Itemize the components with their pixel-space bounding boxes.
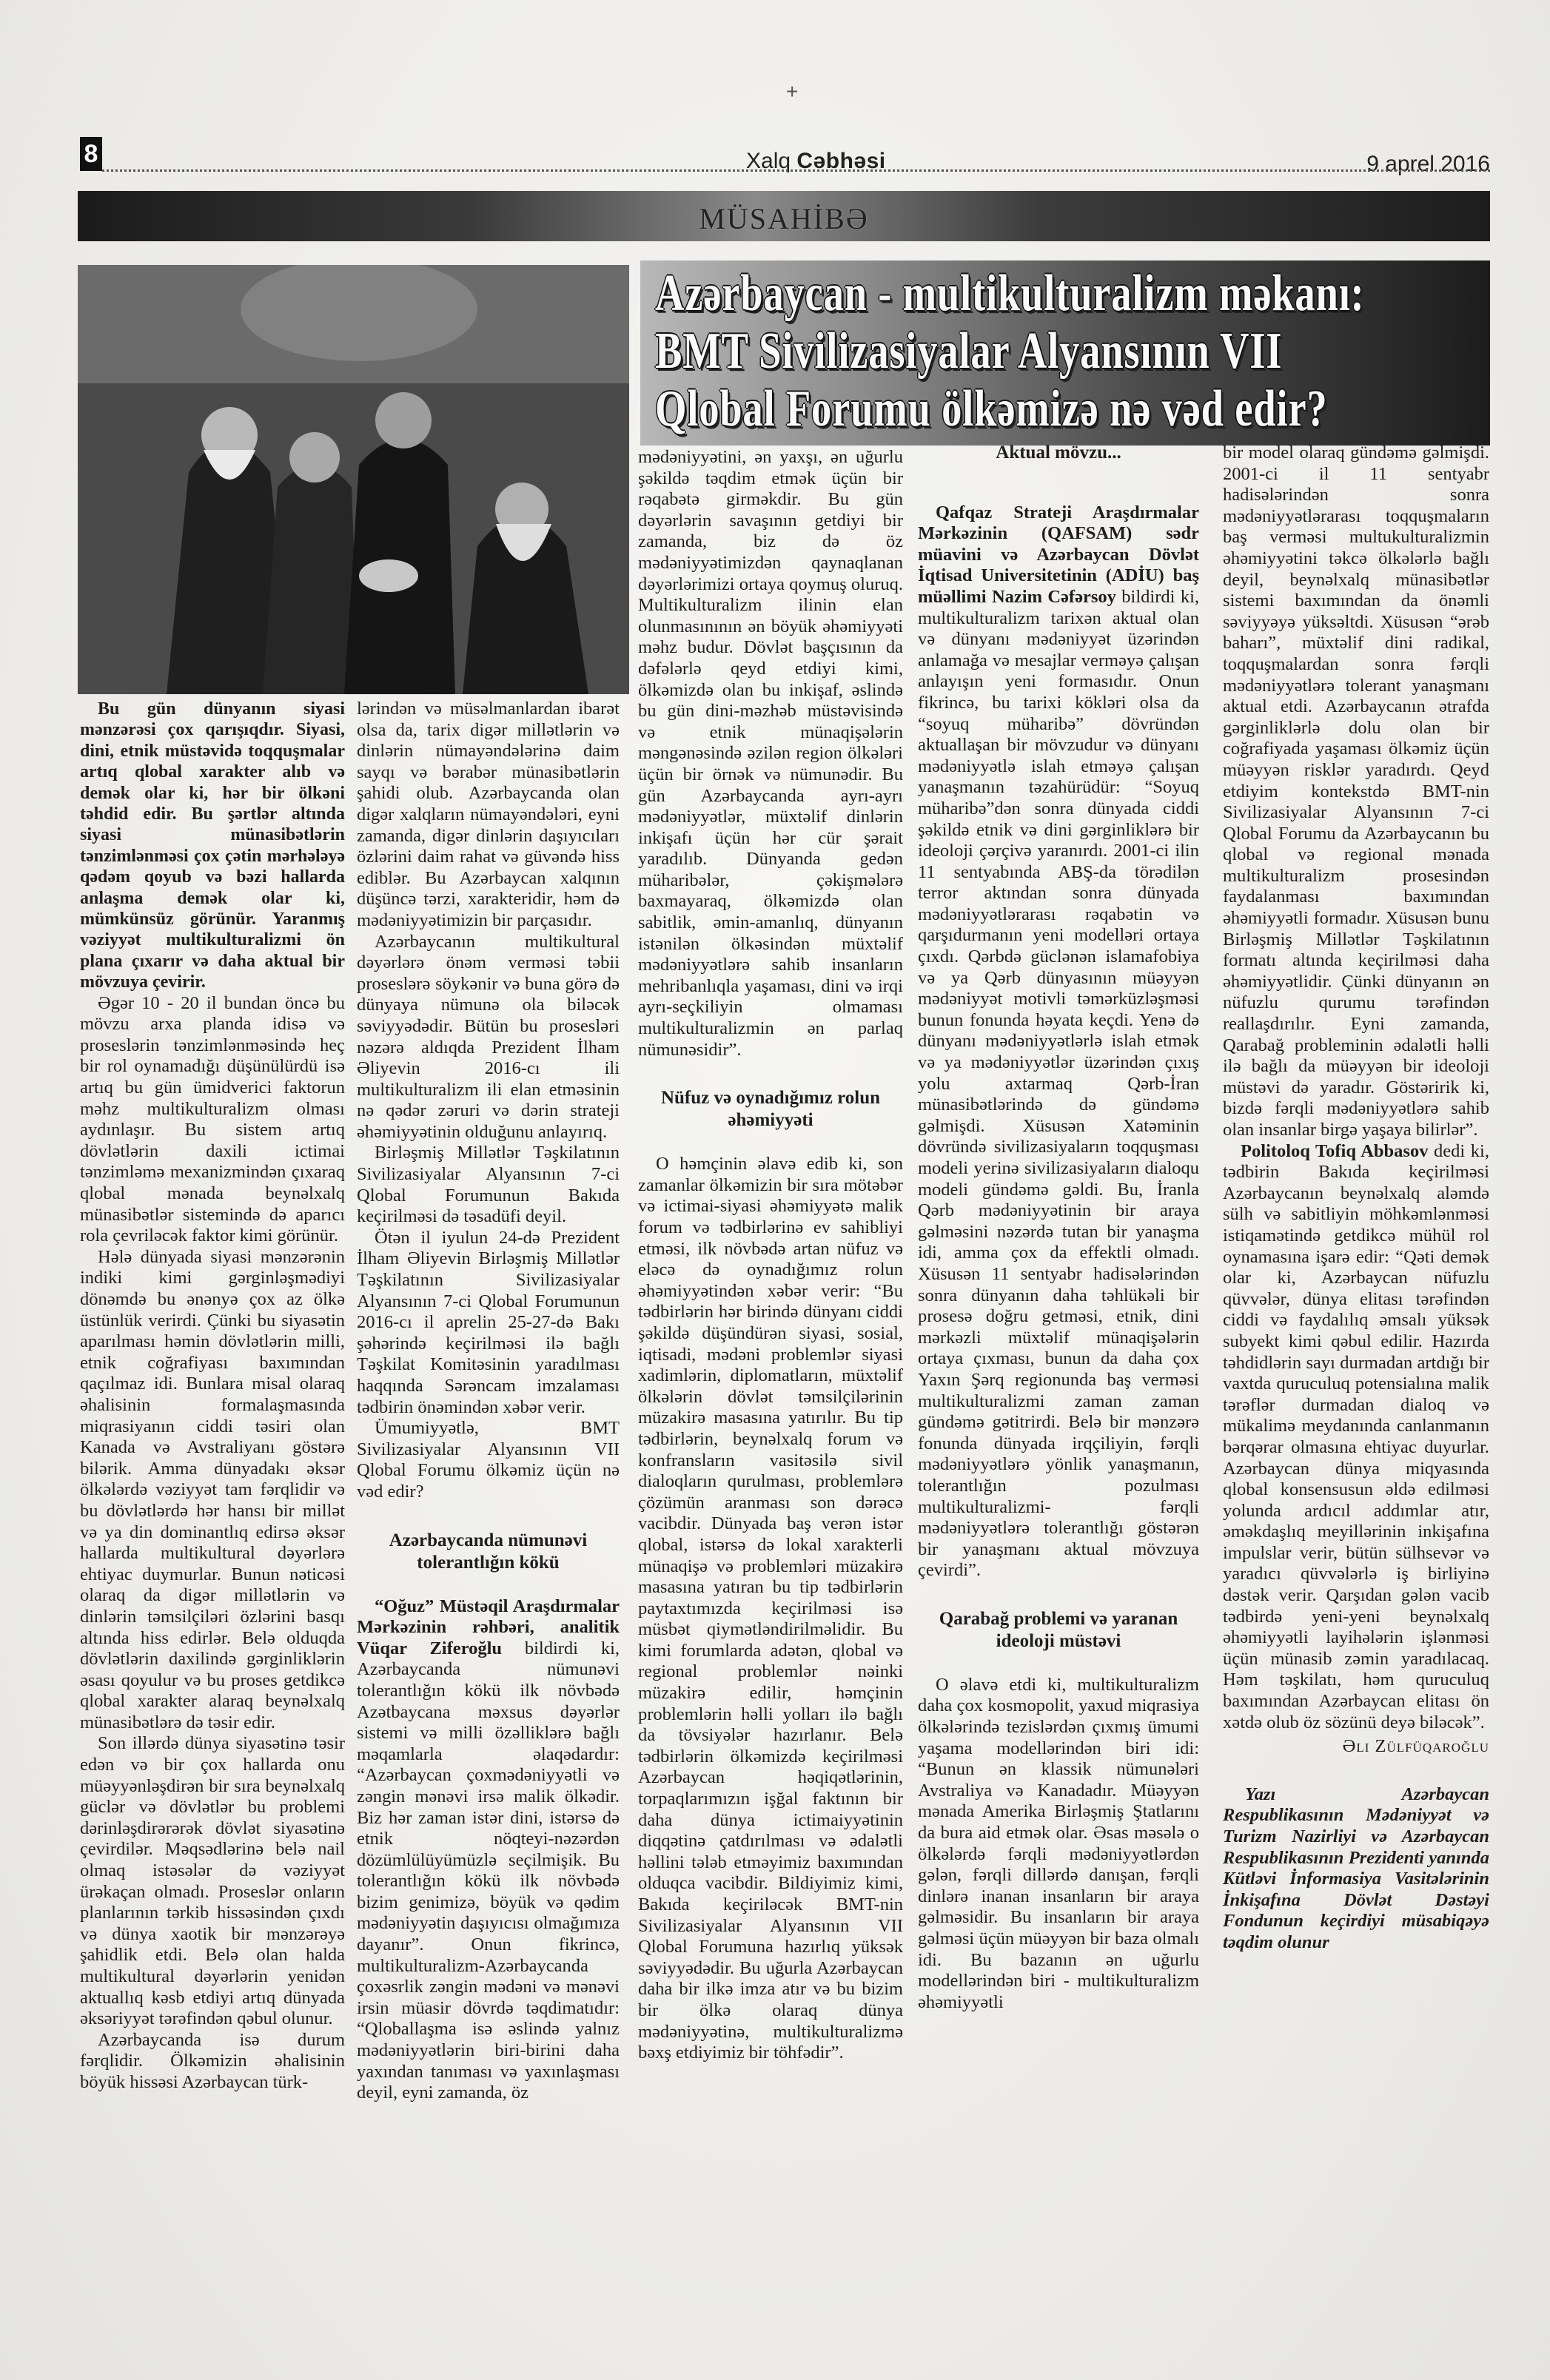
kicker: Aktual mövzu...: [918, 443, 1199, 464]
paragraph: Qafqaz Strateji Araşdırmalar Mərkəzinin …: [918, 502, 1199, 1581]
article-headline: Azərbaycan - multikulturalizm məkanı: BM…: [655, 265, 1302, 438]
paragraph: O əlavə etdi ki, multikulturalizm daha ç…: [918, 1675, 1199, 2014]
page-number: 8: [80, 137, 102, 171]
headline-band: Azərbaycan - multikulturalizm məkanı: BM…: [640, 260, 1490, 446]
paragraph-text: bildirdi ki, multikulturalizm tarixən ak…: [918, 587, 1199, 1580]
text-column-4: Aktual mövzu... Qafqaz Strateji Araşdırm…: [918, 443, 1199, 2013]
lead-paragraph: Bu gün dünyanın siyasi mənzərəsi çox qar…: [80, 699, 345, 993]
headline-line: BMT Sivilizasiyalar Alyansının VII: [655, 323, 1302, 380]
issue-date: 9 aprel 2016: [1366, 152, 1490, 177]
header-divider: [102, 169, 1490, 172]
subheading: Nüfuz və oynadığımız rolun əhəmiyyəti: [638, 1087, 903, 1132]
text-column-2: lərindən və müsəlmanlardan ibarət olsa d…: [357, 699, 620, 2104]
masthead: 8 Xalq Cəbhəsi 9 aprel 2016: [80, 137, 1490, 174]
section-label: MÜSAHİBƏ: [78, 201, 1490, 236]
paragraph: “Oğuz” Müstəqil Araşdırmalar Mərkəzinin …: [357, 1596, 620, 2104]
text-column-5: bir model olaraq gündəmə gəlmişdi. 2001-…: [1223, 443, 1489, 1954]
paragraph: mədəniyyətini, ən yaxşı, ən uğurlu şəkil…: [638, 447, 903, 1060]
contest-credit: Yazı Azərbaycan Respublikasının Mədəniyy…: [1223, 1784, 1489, 1954]
paragraph: Hələ dünyada siyasi mənzərənin indiki ki…: [80, 1247, 345, 1734]
crop-mark: +: [786, 80, 798, 104]
text-column-1: Bu gün dünyanın siyasi mənzərəsi çox qar…: [80, 699, 345, 2094]
paragraph: Əgər 10 - 20 il bundan öncə bu mövzu arx…: [80, 993, 345, 1247]
paragraph: Politoloq Tofiq Abbasov dedi ki, tədbiri…: [1223, 1141, 1489, 1734]
speaker-name: Politoloq Tofiq Abbasov: [1241, 1141, 1428, 1161]
paragraph: Son illərdə dünya siyasətinə təsir edən …: [80, 1733, 345, 2029]
newspaper-page: + 8 Xalq Cəbhəsi 9 aprel 2016 MÜSAHİBƏ: [0, 0, 1550, 2380]
text-column-3: mədəniyyətini, ən yaxşı, ən uğurlu şəkil…: [638, 447, 903, 2064]
article-photo: [78, 265, 629, 694]
section-band: MÜSAHİBƏ: [78, 191, 1490, 241]
paragraph: bir model olaraq gündəmə gəlmişdi. 2001-…: [1223, 443, 1489, 1141]
headline-line: Azərbaycan - multikulturalizm məkanı:: [655, 265, 1302, 323]
headline-line: Qlobal Forumu ölkəmizə nə vəd edir?: [655, 380, 1302, 438]
paragraph: Ümumiyyətlə, BMT Sivilizasiyalar Alyansı…: [357, 1418, 620, 1502]
author-byline: Əli Zülfüqaroğlu: [1223, 1736, 1489, 1758]
paragraph-text: bildirdi ki, Azərbaycanda nümunəvi toler…: [357, 1638, 620, 2102]
subheading: Azərbaycanda nümunəvi tolerantlığın kökü: [357, 1530, 620, 1574]
paragraph: O həmçinin əlavə edib ki, son zamanlar ö…: [638, 1154, 903, 2064]
paragraph: lərindən və müsəlmanlardan ibarət olsa d…: [357, 699, 620, 932]
subheading: Qarabağ problemi və yaranan ideoloji müs…: [918, 1608, 1199, 1653]
paragraph: Azərbaycanın multikultural dəyərlərə önə…: [357, 932, 620, 1143]
photo-image-icon: [78, 265, 629, 694]
paragraph-text: dedi ki, tədbirin Bakıda keçirilməsi Azə…: [1223, 1141, 1489, 1732]
paragraph: Ötən il iyulun 24-də Prezident İlham Əli…: [357, 1228, 620, 1418]
paragraph: Birləşmiş Millətlər Təşkilatının Siviliz…: [357, 1143, 620, 1227]
paragraph: Azərbaycanda isə durum fərqlidir. Ölkəmi…: [80, 2030, 345, 2094]
